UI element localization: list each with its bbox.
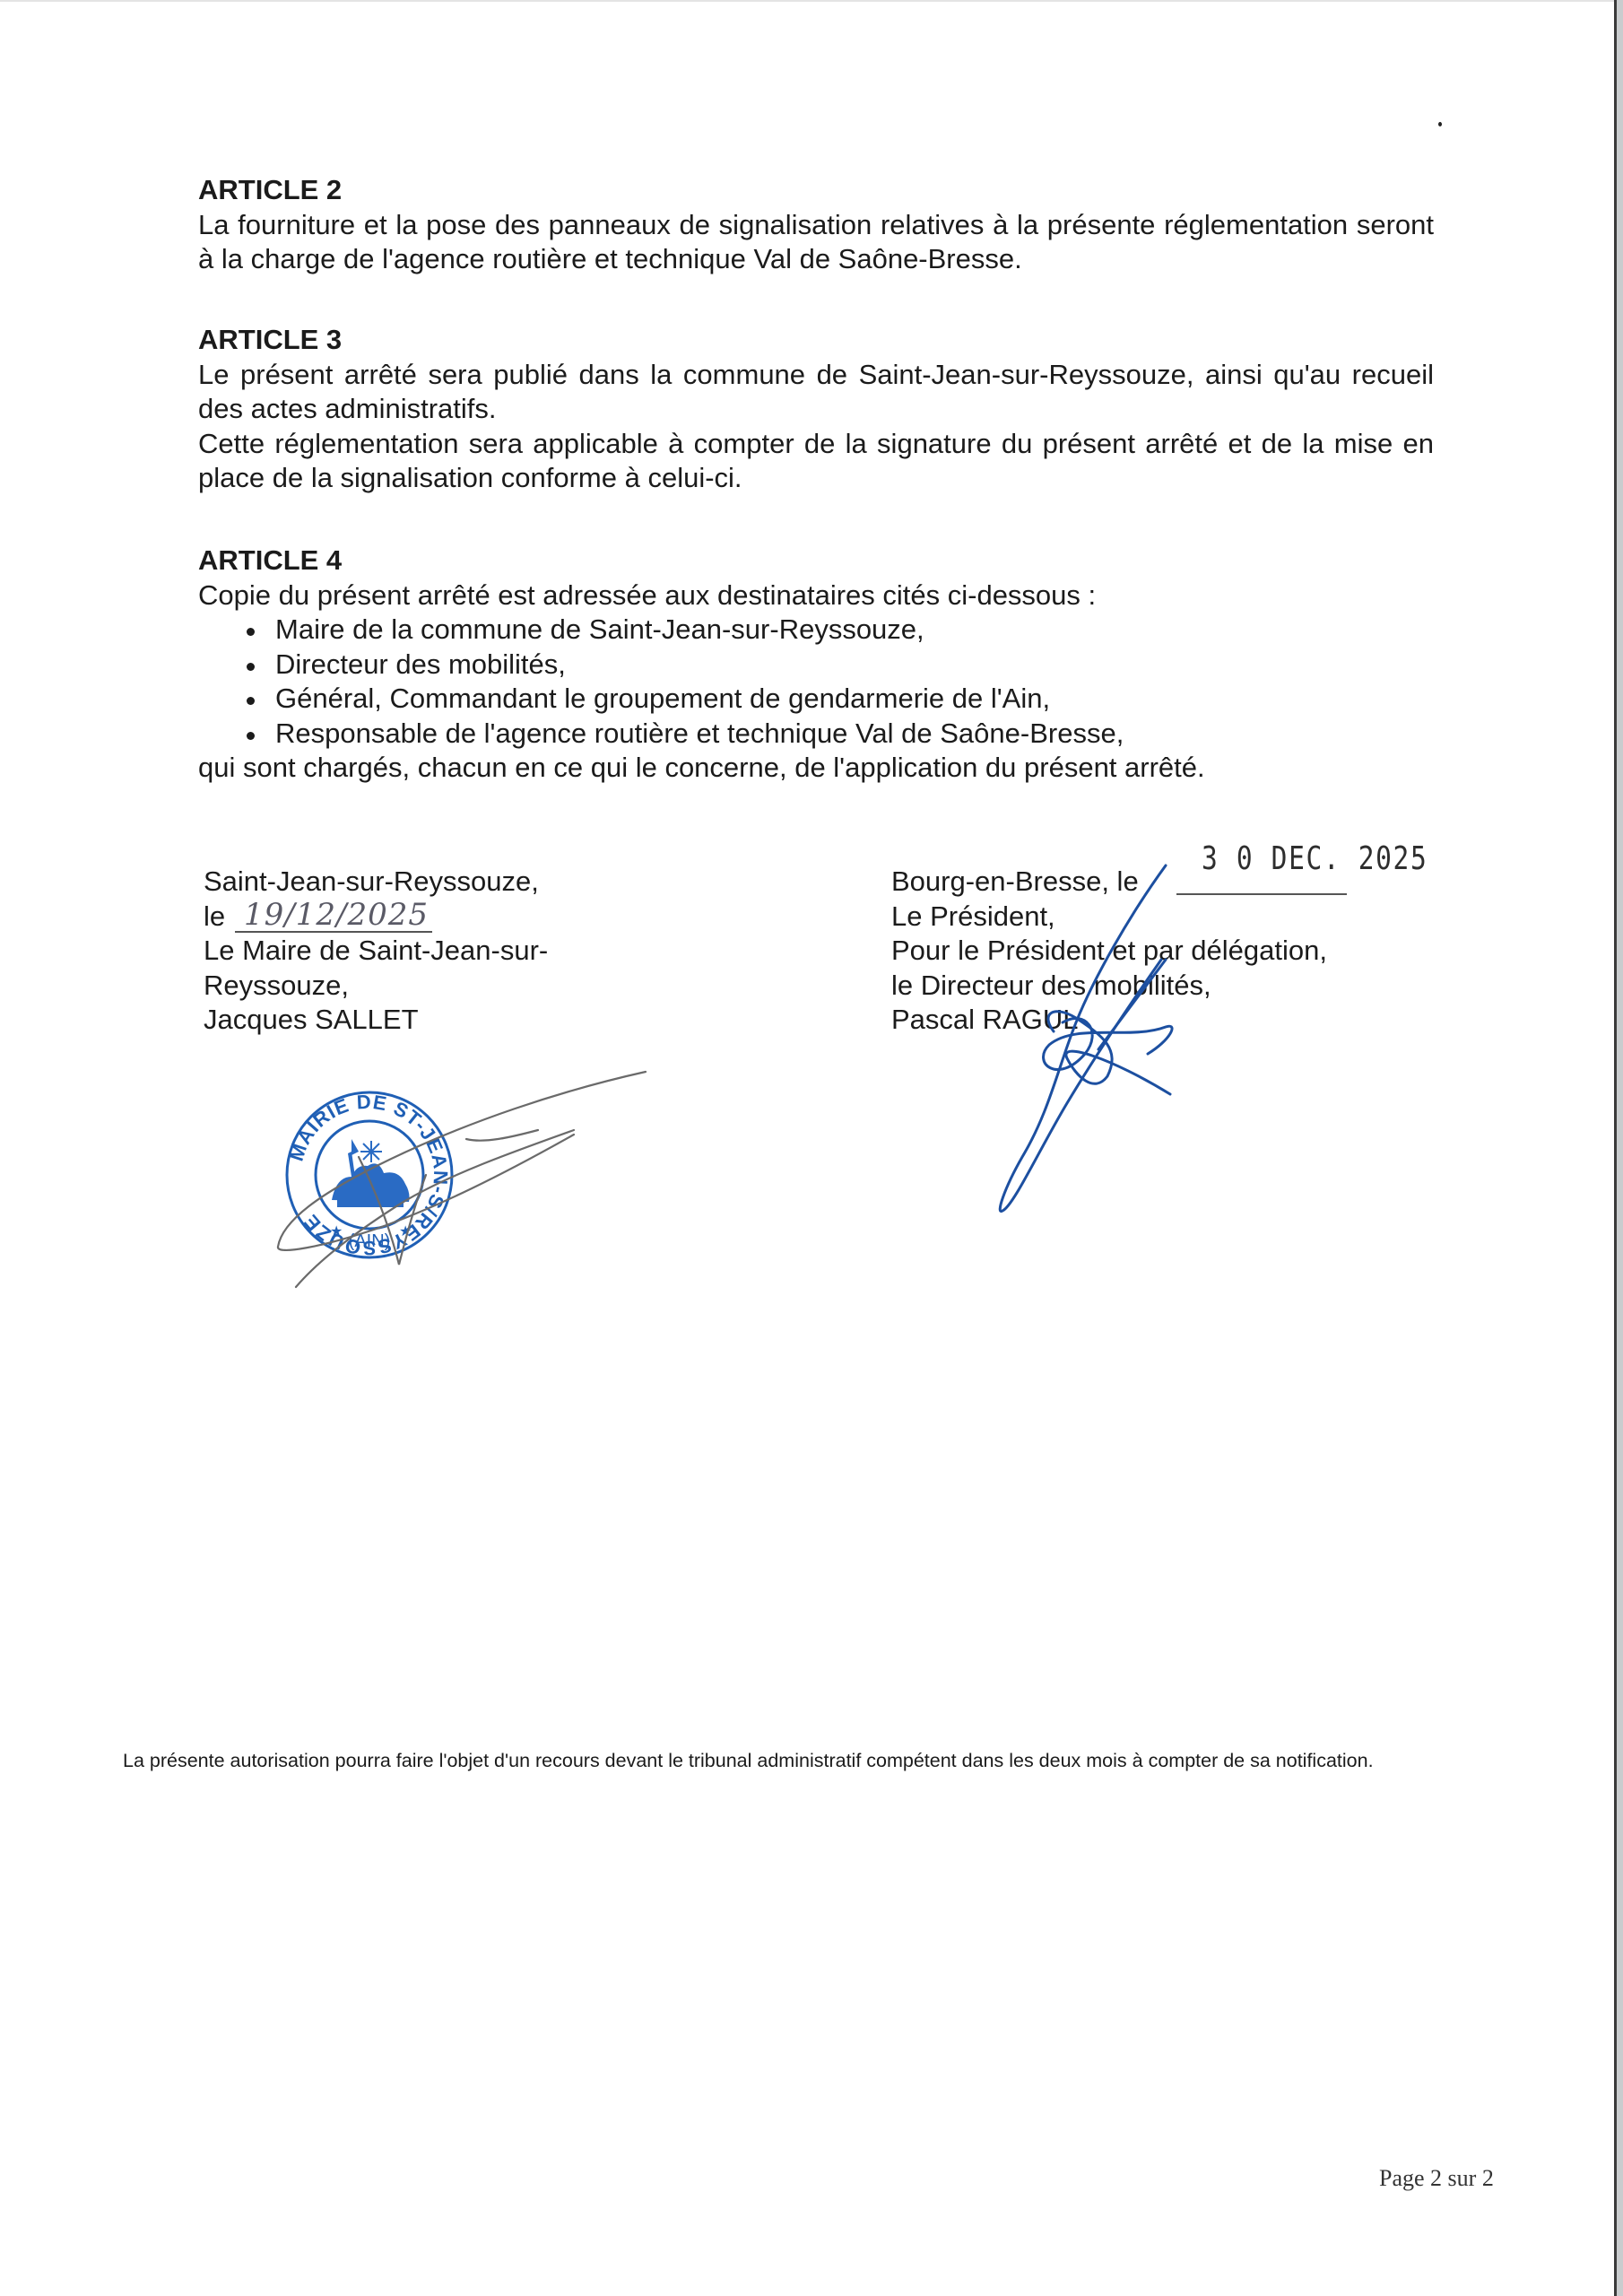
handwritten-date: 19/12/2025: [244, 897, 429, 933]
article-heading: ARTICLE 2: [198, 173, 1434, 208]
article-paragraph: Cette réglementation sera applicable à c…: [198, 427, 1434, 496]
recipient-item: Responsable de l'agence routière et tech…: [275, 717, 1434, 752]
article-3: ARTICLE 3 Le présent arrêté sera publié …: [198, 323, 1434, 496]
mayor-title-line1: Le Maire de Saint-Jean-sur-: [204, 934, 548, 969]
article-heading: ARTICLE 4: [198, 544, 1434, 578]
article-paragraph: Le présent arrêté sera publié dans la co…: [198, 358, 1434, 427]
article-outro: qui sont chargés, chacun en ce qui le co…: [198, 751, 1434, 786]
scan-speck: [1438, 122, 1442, 126]
recipient-item: Directeur des mobilités,: [275, 648, 1434, 683]
legal-footnote: La présente autorisation pourra faire l'…: [123, 1747, 1522, 1775]
recipient-list: Maire de la commune de Saint-Jean-sur-Re…: [198, 613, 1434, 751]
article-4: ARTICLE 4 Copie du présent arrêté est ad…: [198, 544, 1434, 786]
mayor-place: Saint-Jean-sur-Reyssouze,: [204, 865, 548, 900]
scan-right-margin: [1617, 0, 1623, 2296]
mayor-name: Jacques SALLET: [204, 1003, 548, 1038]
scan-top-edge: [0, 0, 1614, 2]
article-2: ARTICLE 2 La fourniture et la pose des p…: [198, 173, 1434, 277]
mayor-handwritten-signature: [269, 1067, 664, 1300]
article-paragraph: La fourniture et la pose des panneaux de…: [198, 208, 1434, 277]
article-intro: Copie du présent arrêté est adressée aux…: [198, 578, 1434, 613]
director-handwritten-signature: [950, 861, 1219, 1220]
stamped-date: 3 0 DEC. 2025: [1202, 840, 1428, 877]
recipient-item: Maire de la commune de Saint-Jean-sur-Re…: [275, 613, 1434, 648]
mayor-signature-block: Saint-Jean-sur-Reyssouze, le Le Maire de…: [204, 865, 548, 1038]
article-heading: ARTICLE 3: [198, 323, 1434, 358]
mayor-title-line2: Reyssouze,: [204, 969, 548, 1004]
page-number: Page 2 sur 2: [1379, 2165, 1494, 2192]
recipient-item: Général, Commandant le groupement de gen…: [275, 682, 1434, 717]
